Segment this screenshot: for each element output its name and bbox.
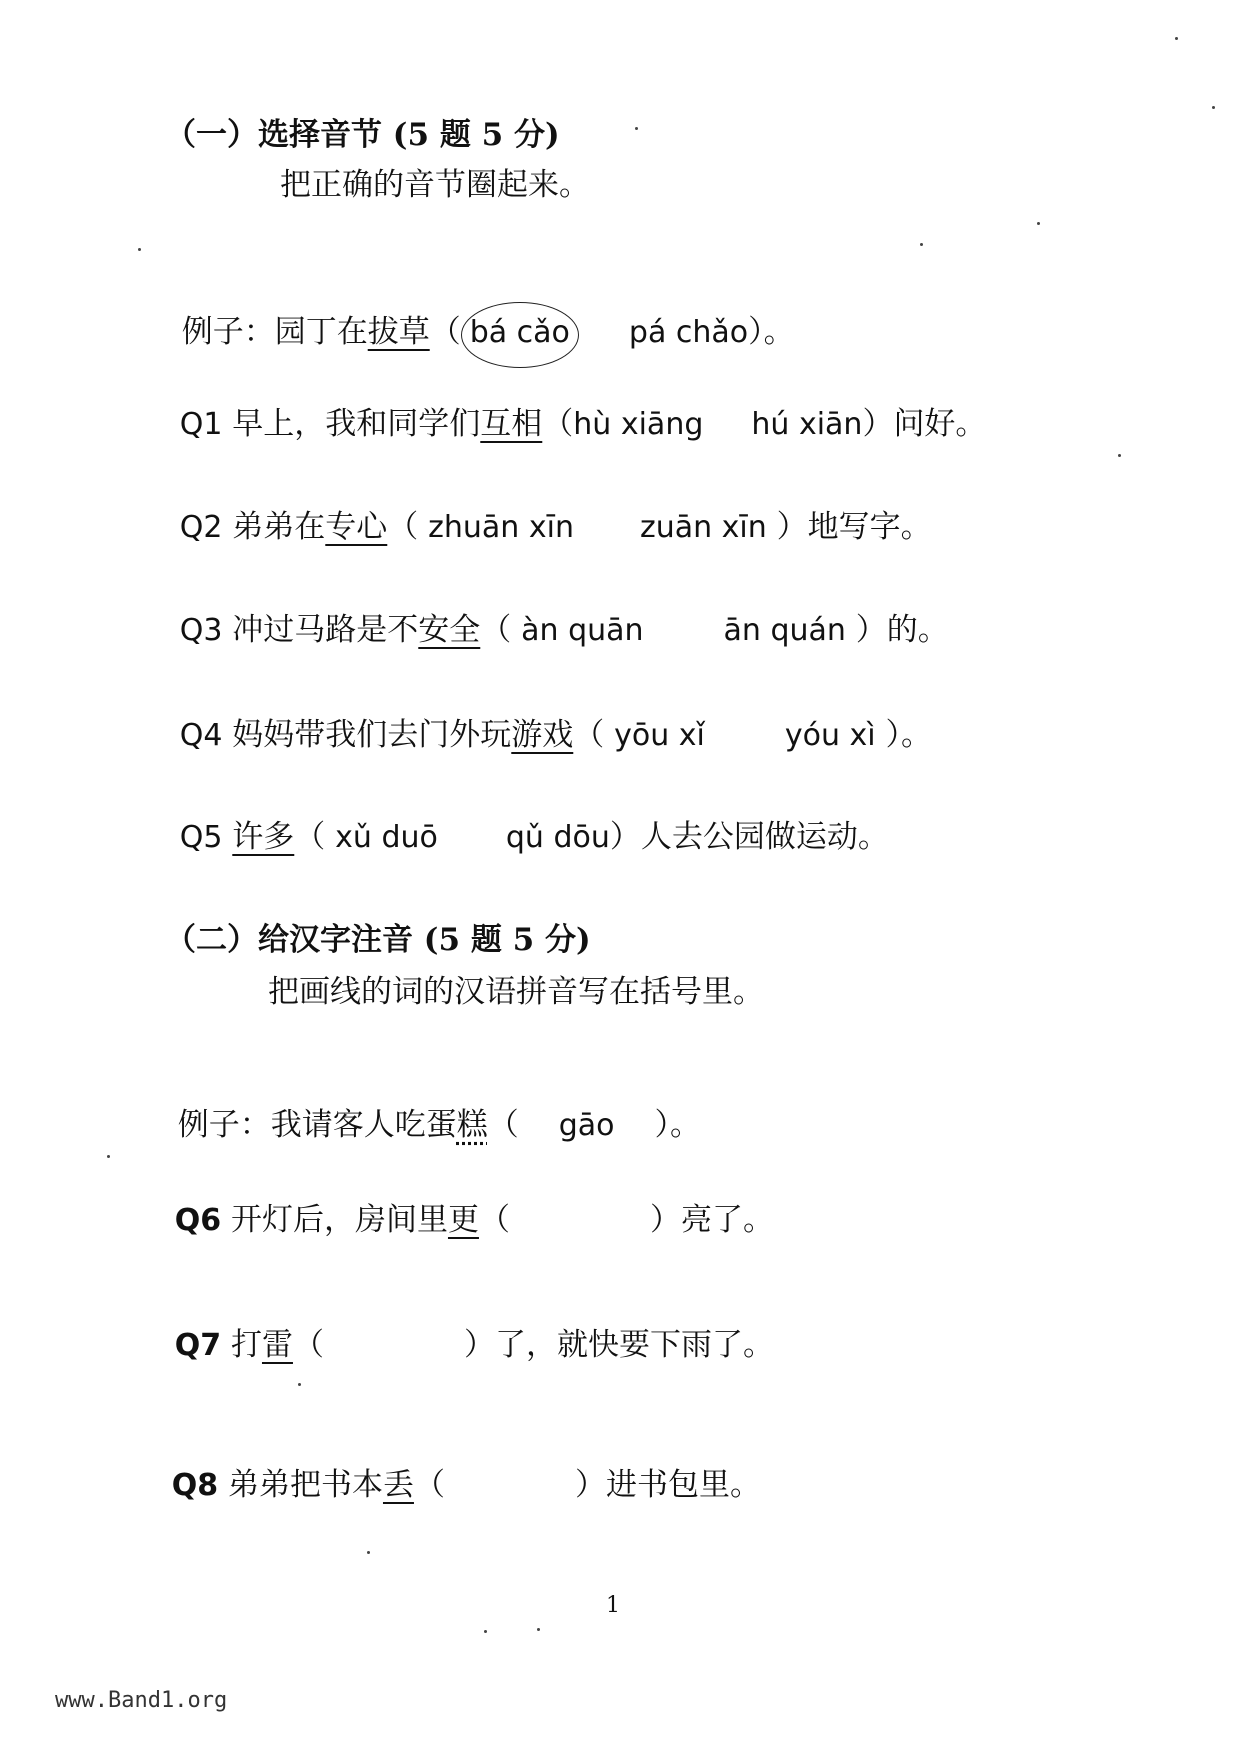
example-prefix: 例子：园丁在 bbox=[182, 314, 368, 350]
question-q4: Q4 妈妈带我们去门外玩游戏（ yōu xǐyóu xì ）。 bbox=[160, 675, 932, 756]
scan-speck bbox=[537, 1628, 540, 1631]
option-a[interactable]: xǔ duō bbox=[335, 820, 438, 855]
option-b[interactable]: ān quán bbox=[724, 613, 846, 648]
scan-speck bbox=[484, 1630, 487, 1633]
option-b[interactable]: hú xiān bbox=[751, 407, 862, 442]
target-word: 游戏 bbox=[511, 717, 573, 753]
question-q1: Q1 早上，我和同学们互相（hù xiānghú xiān）问好。 bbox=[160, 364, 986, 445]
scan-speck bbox=[1118, 454, 1121, 457]
question-text-after: 了，就快要下雨了。 bbox=[495, 1327, 774, 1363]
question-q2: Q2 弟弟在专心（ zhuān xīnzuān xīn ）地写字。 bbox=[160, 467, 932, 548]
question-text: 妈妈带我们去门外玩 bbox=[232, 717, 511, 753]
example-prefix: 例子：我请客人吃蛋 bbox=[178, 1107, 457, 1143]
option-b[interactable]: zuān xīn bbox=[640, 510, 767, 545]
question-q7: Q7 打雷（）了，就快要下雨了。 bbox=[155, 1285, 774, 1366]
scan-speck bbox=[1212, 106, 1215, 109]
question-label: Q7 bbox=[175, 1328, 221, 1363]
circled-correct-answer: bá cǎo bbox=[461, 302, 579, 368]
section2-instruction: 把画线的词的汉语拼音写在括号里。 bbox=[268, 972, 764, 1012]
example-target-word: 拔草 bbox=[368, 314, 430, 350]
target-word: 专心 bbox=[325, 509, 387, 545]
option-a[interactable]: zhuān xīn bbox=[428, 510, 574, 545]
scan-speck bbox=[298, 1383, 301, 1386]
scan-speck bbox=[635, 127, 638, 130]
section2-title: （二）给汉字注音 (5 题 5 分) bbox=[165, 920, 591, 960]
scan-speck bbox=[1175, 37, 1178, 40]
target-char: 更 bbox=[448, 1202, 479, 1238]
question-text-after: 进书包里。 bbox=[606, 1467, 761, 1503]
question-text-after: 的。 bbox=[887, 612, 949, 648]
question-q6: Q6 开灯后，房间里更（）亮了。 bbox=[155, 1160, 774, 1241]
target-char: 雷 bbox=[262, 1327, 293, 1363]
option-a[interactable]: yōu xǐ bbox=[614, 718, 705, 753]
example-answer: gāo bbox=[559, 1108, 615, 1143]
section1-title: （一）选择音节 (5 题 5 分) bbox=[165, 115, 560, 155]
target-word: 安全 bbox=[418, 612, 480, 648]
question-label: Q4 bbox=[180, 718, 223, 753]
scan-speck bbox=[1037, 222, 1040, 225]
question-label: Q2 bbox=[180, 510, 223, 545]
target-char: 丢 bbox=[383, 1467, 414, 1503]
question-label: Q8 bbox=[172, 1468, 218, 1503]
close-paren: ）。 bbox=[748, 314, 795, 350]
question-text: 弟弟在 bbox=[232, 509, 325, 545]
target-word: 互相 bbox=[480, 406, 542, 442]
question-text: 早上，我和同学们 bbox=[232, 406, 480, 442]
scan-speck bbox=[138, 248, 141, 251]
option-a[interactable]: àn quān bbox=[521, 613, 643, 648]
question-text: 冲过马路是不 bbox=[232, 612, 418, 648]
scan-speck bbox=[367, 1551, 370, 1554]
footer-watermark: www.Band1.org bbox=[55, 1688, 227, 1713]
question-q3: Q3 冲过马路是不安全（ àn quānān quán ）的。 bbox=[160, 570, 949, 651]
question-text-after: 地写字。 bbox=[808, 509, 932, 545]
scan-speck bbox=[920, 243, 923, 246]
section1-example: 例子：园丁在拔草（bá cǎopá chǎo）。 bbox=[162, 272, 795, 356]
target-word: 许多 bbox=[232, 819, 294, 855]
question-label: Q3 bbox=[180, 613, 223, 648]
question-text: 弟弟把书本 bbox=[228, 1467, 383, 1503]
open-paren: （ bbox=[430, 314, 461, 350]
option-b[interactable]: yóu xì bbox=[785, 718, 876, 753]
option-a[interactable]: hù xiāng bbox=[573, 407, 703, 442]
question-q5: Q5 许多（ xǔ duōqǔ dōu）人去公园做运动。 bbox=[160, 777, 889, 858]
section2-example: 例子：我请客人吃蛋糕（gāo）。 bbox=[158, 1065, 701, 1146]
section1-instruction: 把正确的音节圈起来。 bbox=[280, 165, 590, 205]
scan-speck bbox=[107, 1155, 110, 1158]
question-q8: Q8 弟弟把书本丢（）进书包里。 bbox=[152, 1425, 761, 1506]
wrong-option: pá chǎo bbox=[629, 315, 748, 350]
close-paren: ）。 bbox=[655, 1107, 702, 1143]
question-label: Q6 bbox=[175, 1203, 221, 1238]
question-text-after: 人去公园做运动。 bbox=[641, 819, 889, 855]
question-text: 打 bbox=[231, 1327, 262, 1363]
example-target-char: 糕 bbox=[457, 1107, 488, 1143]
option-b[interactable]: qǔ dōu bbox=[506, 820, 610, 855]
question-text: 开灯后，房间里 bbox=[231, 1202, 448, 1238]
question-text-after: 亮了。 bbox=[681, 1202, 774, 1238]
page-number: 1 bbox=[606, 1593, 620, 1618]
question-text-after: 。 bbox=[901, 717, 932, 753]
question-label: Q1 bbox=[180, 407, 223, 442]
question-label: Q5 bbox=[180, 820, 223, 855]
question-text-after: 问好。 bbox=[893, 406, 986, 442]
